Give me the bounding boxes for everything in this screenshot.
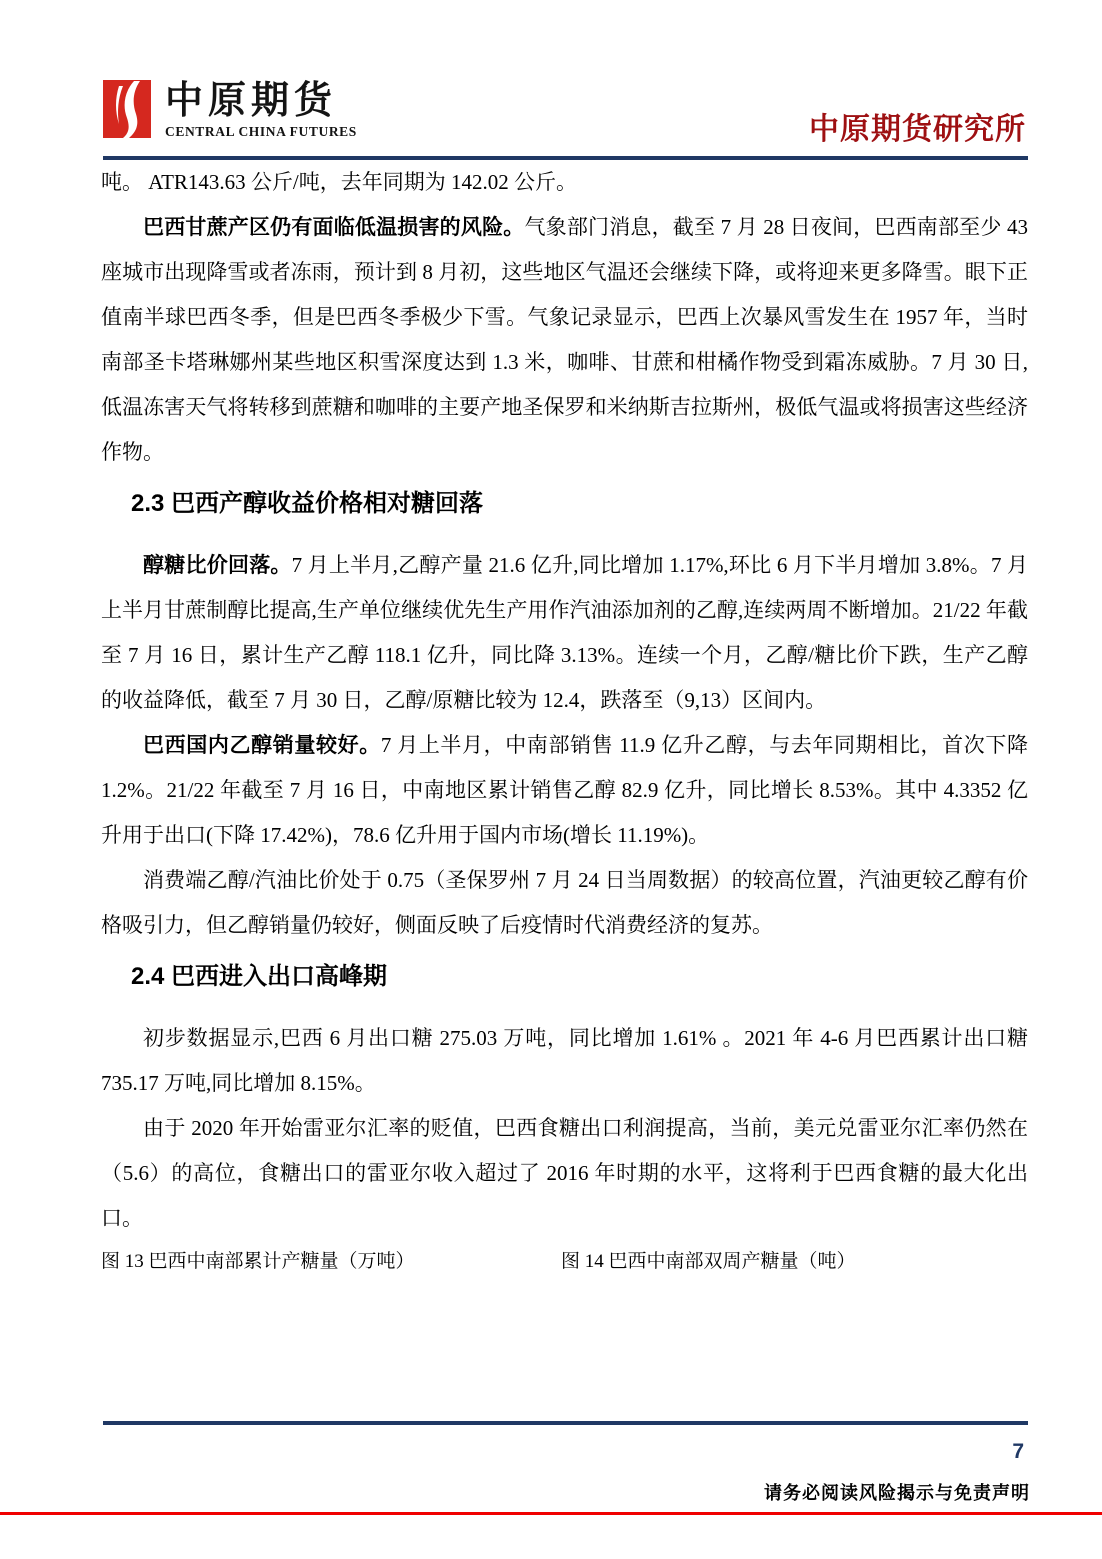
page-number: 7 (1012, 1440, 1024, 1464)
bottom-red-rule (0, 1512, 1102, 1515)
paragraph: 巴西甘蔗产区仍有面临低温损害的风险。气象部门消息，截至 7 月 28 日夜间，巴… (101, 205, 1028, 475)
paragraph-lead: 醇糖比价回落。 (143, 553, 292, 577)
paragraph: 巴西国内乙醇销量较好。7 月上半月，中南部销售 11.9 亿升乙醇，与去年同期相… (101, 723, 1028, 858)
paragraph-lead: 巴西甘蔗产区仍有面临低温损害的风险。 (143, 215, 524, 239)
brand-logo-icon (103, 80, 151, 138)
paragraph-text: 消费端乙醇/汽油比价处于 0.75（圣保罗州 7 月 24 日当周数据）的较高位… (101, 868, 1028, 937)
paragraph: 醇糖比价回落。7 月上半月,乙醇产量 21.6 亿升,同比增加 1.17%,环比… (101, 543, 1028, 723)
footer-disclaimer: 请务必阅读风险揭示与免责声明 (764, 1479, 1030, 1505)
paragraph: 消费端乙醇/汽油比价处于 0.75（圣保罗州 7 月 24 日当周数据）的较高位… (101, 858, 1028, 948)
paragraph-text: 由于 2020 年开始雷亚尔汇率的贬值，巴西食糖出口利润提高，当前，美元兑雷亚尔… (101, 1116, 1028, 1230)
section-heading-2-3: 2.3 巴西产醇收益价格相对糖回落 (131, 489, 1028, 519)
paragraph-lead: 巴西国内乙醇销量较好。 (143, 733, 381, 757)
logo-english-name: CENTRAL CHINA FUTURES (165, 124, 357, 140)
logo-wordmark: 中原期货 CENTRAL CHINA FUTURES (165, 80, 357, 140)
figure-captions-row: 图 13 巴西中南部累计产糖量（万吨） 图 14 巴西中南部双周产糖量（吨） (101, 1249, 1028, 1275)
footer-divider (103, 1421, 1028, 1425)
paragraph-continuation: 吨。 ATR143.63 公斤/吨，去年同期为 142.02 公斤。 (101, 160, 1028, 205)
institute-title: 中原期货研究所 (809, 112, 1026, 148)
logo-chinese-name: 中原期货 (165, 80, 357, 122)
paragraph: 由于 2020 年开始雷亚尔汇率的贬值，巴西食糖出口利润提高，当前，美元兑雷亚尔… (101, 1106, 1028, 1241)
paragraph-text: 初步数据显示,巴西 6 月出口糖 275.03 万吨，同比增加 1.61% 。2… (101, 1026, 1028, 1095)
figure-14-caption: 图 14 巴西中南部双周产糖量（吨） (561, 1249, 856, 1275)
paragraph-text: 气象部门消息，截至 7 月 28 日夜间，巴西南部至少 43 座城市出现降雪或者… (101, 215, 1028, 464)
figure-13-caption: 图 13 巴西中南部累计产糖量（万吨） (101, 1249, 561, 1275)
report-body: 吨。 ATR143.63 公斤/吨，去年同期为 142.02 公斤。 巴西甘蔗产… (101, 160, 1028, 1275)
section-heading-2-4: 2.4 巴西进入出口高峰期 (131, 962, 1028, 992)
paragraph: 初步数据显示,巴西 6 月出口糖 275.03 万吨，同比增加 1.61% 。2… (101, 1016, 1028, 1106)
report-page: 中原期货 CENTRAL CHINA FUTURES 中原期货研究所 吨。 AT… (0, 0, 1102, 1559)
company-logo: 中原期货 CENTRAL CHINA FUTURES (103, 80, 357, 140)
paragraph-text: 吨。 ATR143.63 公斤/吨，去年同期为 142.02 公斤。 (101, 170, 577, 194)
